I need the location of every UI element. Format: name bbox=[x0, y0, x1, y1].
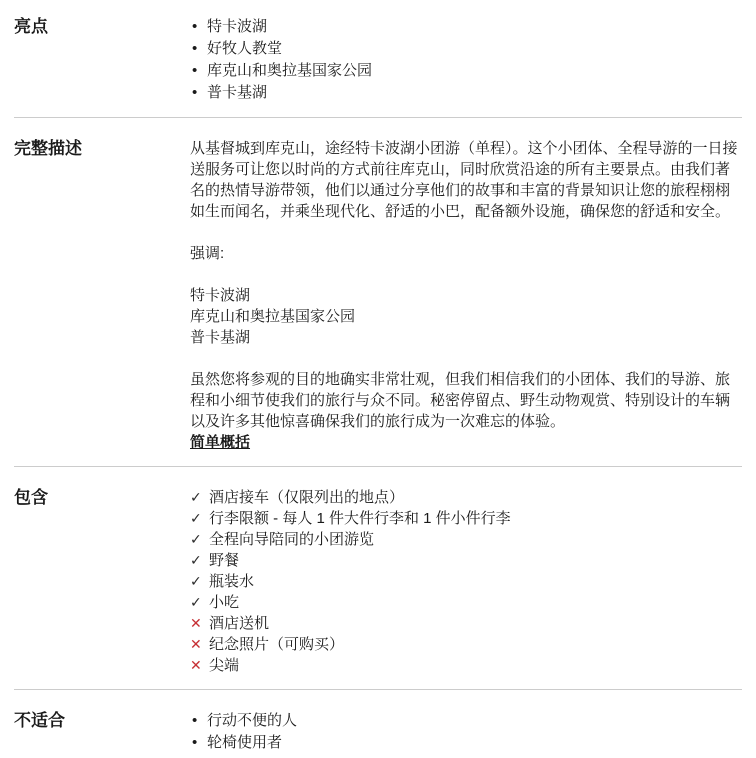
check-or-cross-icon: ✕ bbox=[190, 655, 209, 676]
includes-item-label: 小吃 bbox=[209, 592, 239, 613]
includes-item: ✓ 行李限额 - 每人 1 件大件行李和 1 件小件行李 bbox=[190, 508, 742, 529]
check-or-cross-icon: ✓ bbox=[190, 529, 209, 550]
highlight-item: 库克山和奥拉基国家公园 bbox=[190, 60, 742, 82]
includes-item-label: 酒店接车（仅限列出的地点） bbox=[209, 487, 404, 508]
highlight-item-label: 好牧人教堂 bbox=[207, 40, 282, 57]
tour-details-page: 亮点 特卡波湖 好牧人教堂 库克山和奥拉基国家公园 普卡基湖 完整描述 从基督 bbox=[0, 0, 756, 758]
not-suitable-list: 行动不便的人 轮椅使用者 bbox=[190, 710, 742, 754]
full-description-title: 完整描述 bbox=[14, 138, 190, 160]
includes-title: 包含 bbox=[14, 487, 190, 509]
includes-item: ✓ 小吃 bbox=[190, 592, 742, 613]
includes-item: ✓ 野餐 bbox=[190, 550, 742, 571]
highlights-list: 特卡波湖 好牧人教堂 库克山和奥拉基国家公园 普卡基湖 bbox=[190, 16, 742, 104]
highlight-item: 好牧人教堂 bbox=[190, 38, 742, 60]
not-suitable-title: 不适合 bbox=[14, 710, 190, 732]
full-description-content: 从基督城到库克山，途经特卡波湖小团游（单程）。这个小团体、全程导游的一日接送服务… bbox=[190, 138, 742, 453]
includes-item-label: 纪念照片（可购买） bbox=[209, 634, 344, 655]
includes-item-label: 尖端 bbox=[209, 655, 239, 676]
description-paragraph: 虽然您将参观的目的地确实非常壮观，但我们相信我们的小团体、我们的导游、旅程和小细… bbox=[190, 369, 742, 432]
section-not-suitable: 不适合 行动不便的人 轮椅使用者 bbox=[14, 689, 742, 758]
highlight-item: 普卡基湖 bbox=[190, 82, 742, 104]
description-paragraph: 从基督城到库克山，途经特卡波湖小团游（单程）。这个小团体、全程导游的一日接送服务… bbox=[190, 138, 742, 222]
includes-item-label: 野餐 bbox=[209, 550, 239, 571]
includes-item: ✕ 纪念照片（可购买） bbox=[190, 634, 742, 655]
section-highlights: 亮点 特卡波湖 好牧人教堂 库克山和奥拉基国家公园 普卡基湖 bbox=[14, 0, 742, 117]
not-suitable-item: 行动不便的人 bbox=[190, 710, 742, 732]
description-paragraph: 特卡波湖 库克山和奥拉基国家公园 普卡基湖 bbox=[190, 285, 742, 348]
includes-content: ✓ 酒店接车（仅限列出的地点） ✓ 行李限额 - 每人 1 件大件行李和 1 件… bbox=[190, 487, 742, 676]
check-or-cross-icon: ✕ bbox=[190, 634, 209, 655]
description-paragraphs: 从基督城到库克山，途经特卡波湖小团游（单程）。这个小团体、全程导游的一日接送服务… bbox=[190, 138, 742, 432]
not-suitable-item-label: 行动不便的人 bbox=[207, 712, 297, 729]
includes-item-label: 酒店送机 bbox=[209, 613, 269, 634]
highlight-item: 特卡波湖 bbox=[190, 16, 742, 38]
check-or-cross-icon: ✓ bbox=[190, 592, 209, 613]
brief-summary-link[interactable]: 简单概括 bbox=[190, 432, 250, 453]
includes-list: ✓ 酒店接车（仅限列出的地点） ✓ 行李限额 - 每人 1 件大件行李和 1 件… bbox=[190, 487, 742, 676]
highlight-item-label: 特卡波湖 bbox=[207, 18, 267, 35]
check-or-cross-icon: ✓ bbox=[190, 508, 209, 529]
includes-item-label: 行李限额 - 每人 1 件大件行李和 1 件小件行李 bbox=[209, 508, 511, 529]
check-or-cross-icon: ✓ bbox=[190, 550, 209, 571]
includes-item: ✕ 尖端 bbox=[190, 655, 742, 676]
includes-item: ✓ 全程向导陪同的小团游览 bbox=[190, 529, 742, 550]
highlights-title: 亮点 bbox=[14, 16, 190, 38]
includes-item: ✕ 酒店送机 bbox=[190, 613, 742, 634]
includes-item: ✓ 瓶装水 bbox=[190, 571, 742, 592]
not-suitable-content: 行动不便的人 轮椅使用者 bbox=[190, 710, 742, 754]
not-suitable-item-label: 轮椅使用者 bbox=[207, 734, 282, 751]
highlights-content: 特卡波湖 好牧人教堂 库克山和奥拉基国家公园 普卡基湖 bbox=[190, 16, 742, 104]
section-includes: 包含 ✓ 酒店接车（仅限列出的地点） ✓ 行李限额 - 每人 1 件大件行李和 … bbox=[14, 466, 742, 689]
check-or-cross-icon: ✕ bbox=[190, 613, 209, 634]
check-or-cross-icon: ✓ bbox=[190, 487, 209, 508]
highlight-item-label: 普卡基湖 bbox=[207, 84, 267, 101]
section-full-description: 完整描述 从基督城到库克山，途经特卡波湖小团游（单程）。这个小团体、全程导游的一… bbox=[14, 117, 742, 466]
includes-item-label: 瓶装水 bbox=[209, 571, 254, 592]
includes-item: ✓ 酒店接车（仅限列出的地点） bbox=[190, 487, 742, 508]
description-paragraph: 强调: bbox=[190, 243, 742, 264]
check-or-cross-icon: ✓ bbox=[190, 571, 209, 592]
includes-item-label: 全程向导陪同的小团游览 bbox=[209, 529, 374, 550]
highlight-item-label: 库克山和奥拉基国家公园 bbox=[207, 62, 372, 79]
